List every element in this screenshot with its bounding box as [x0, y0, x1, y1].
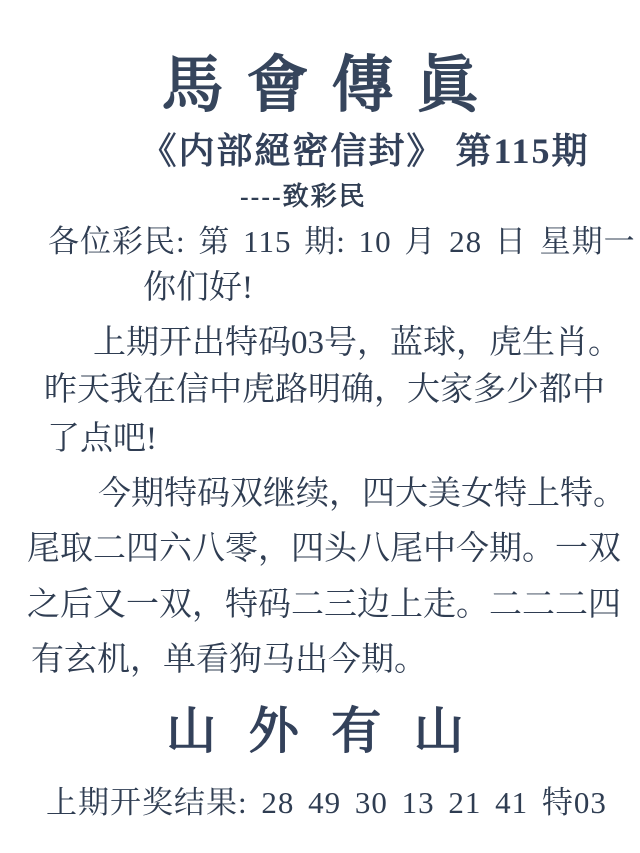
paragraph1-line1: 上期开出特码03号，蓝球，虎生肖。 — [93, 327, 621, 360]
paragraph1-line3: 了点吧! — [47, 423, 157, 456]
paragraph1-line2: 昨天我在信中虎路明确，大家多少都中 — [44, 374, 605, 407]
greeting-hello-line: 你们好! — [143, 272, 253, 305]
paragraph2-line2: 尾取二四六八零，四头八尾中今期。一双 — [27, 533, 621, 566]
page-title: 馬會傳眞 — [0, 55, 640, 117]
subtitle-issue: 《内部絕密信封》 第115期 — [90, 133, 640, 169]
greeting-date-line: 各位彩民: 第 115 期: 10 月 28 日 星期一 — [48, 226, 636, 257]
paragraph2-line1: 今期特码双继续，四大美女特上特。 — [98, 478, 626, 511]
paragraph2-line3: 之后又一双，特码二三边上走。二二二四 — [27, 589, 621, 622]
fax-letter-sheet: 馬會傳眞 《内部絕密信封》 第115期 ----致彩民 各位彩民: 第 115 … — [0, 0, 640, 853]
paragraph2-line4: 有玄机，单看狗马出今期。 — [31, 644, 427, 677]
dedication-line: ----致彩民 — [240, 184, 367, 210]
slogan-text: 山 外 有 山 — [0, 706, 630, 756]
previous-results-line: 上期开奖结果: 28 49 30 13 21 41 特03 — [46, 787, 607, 818]
